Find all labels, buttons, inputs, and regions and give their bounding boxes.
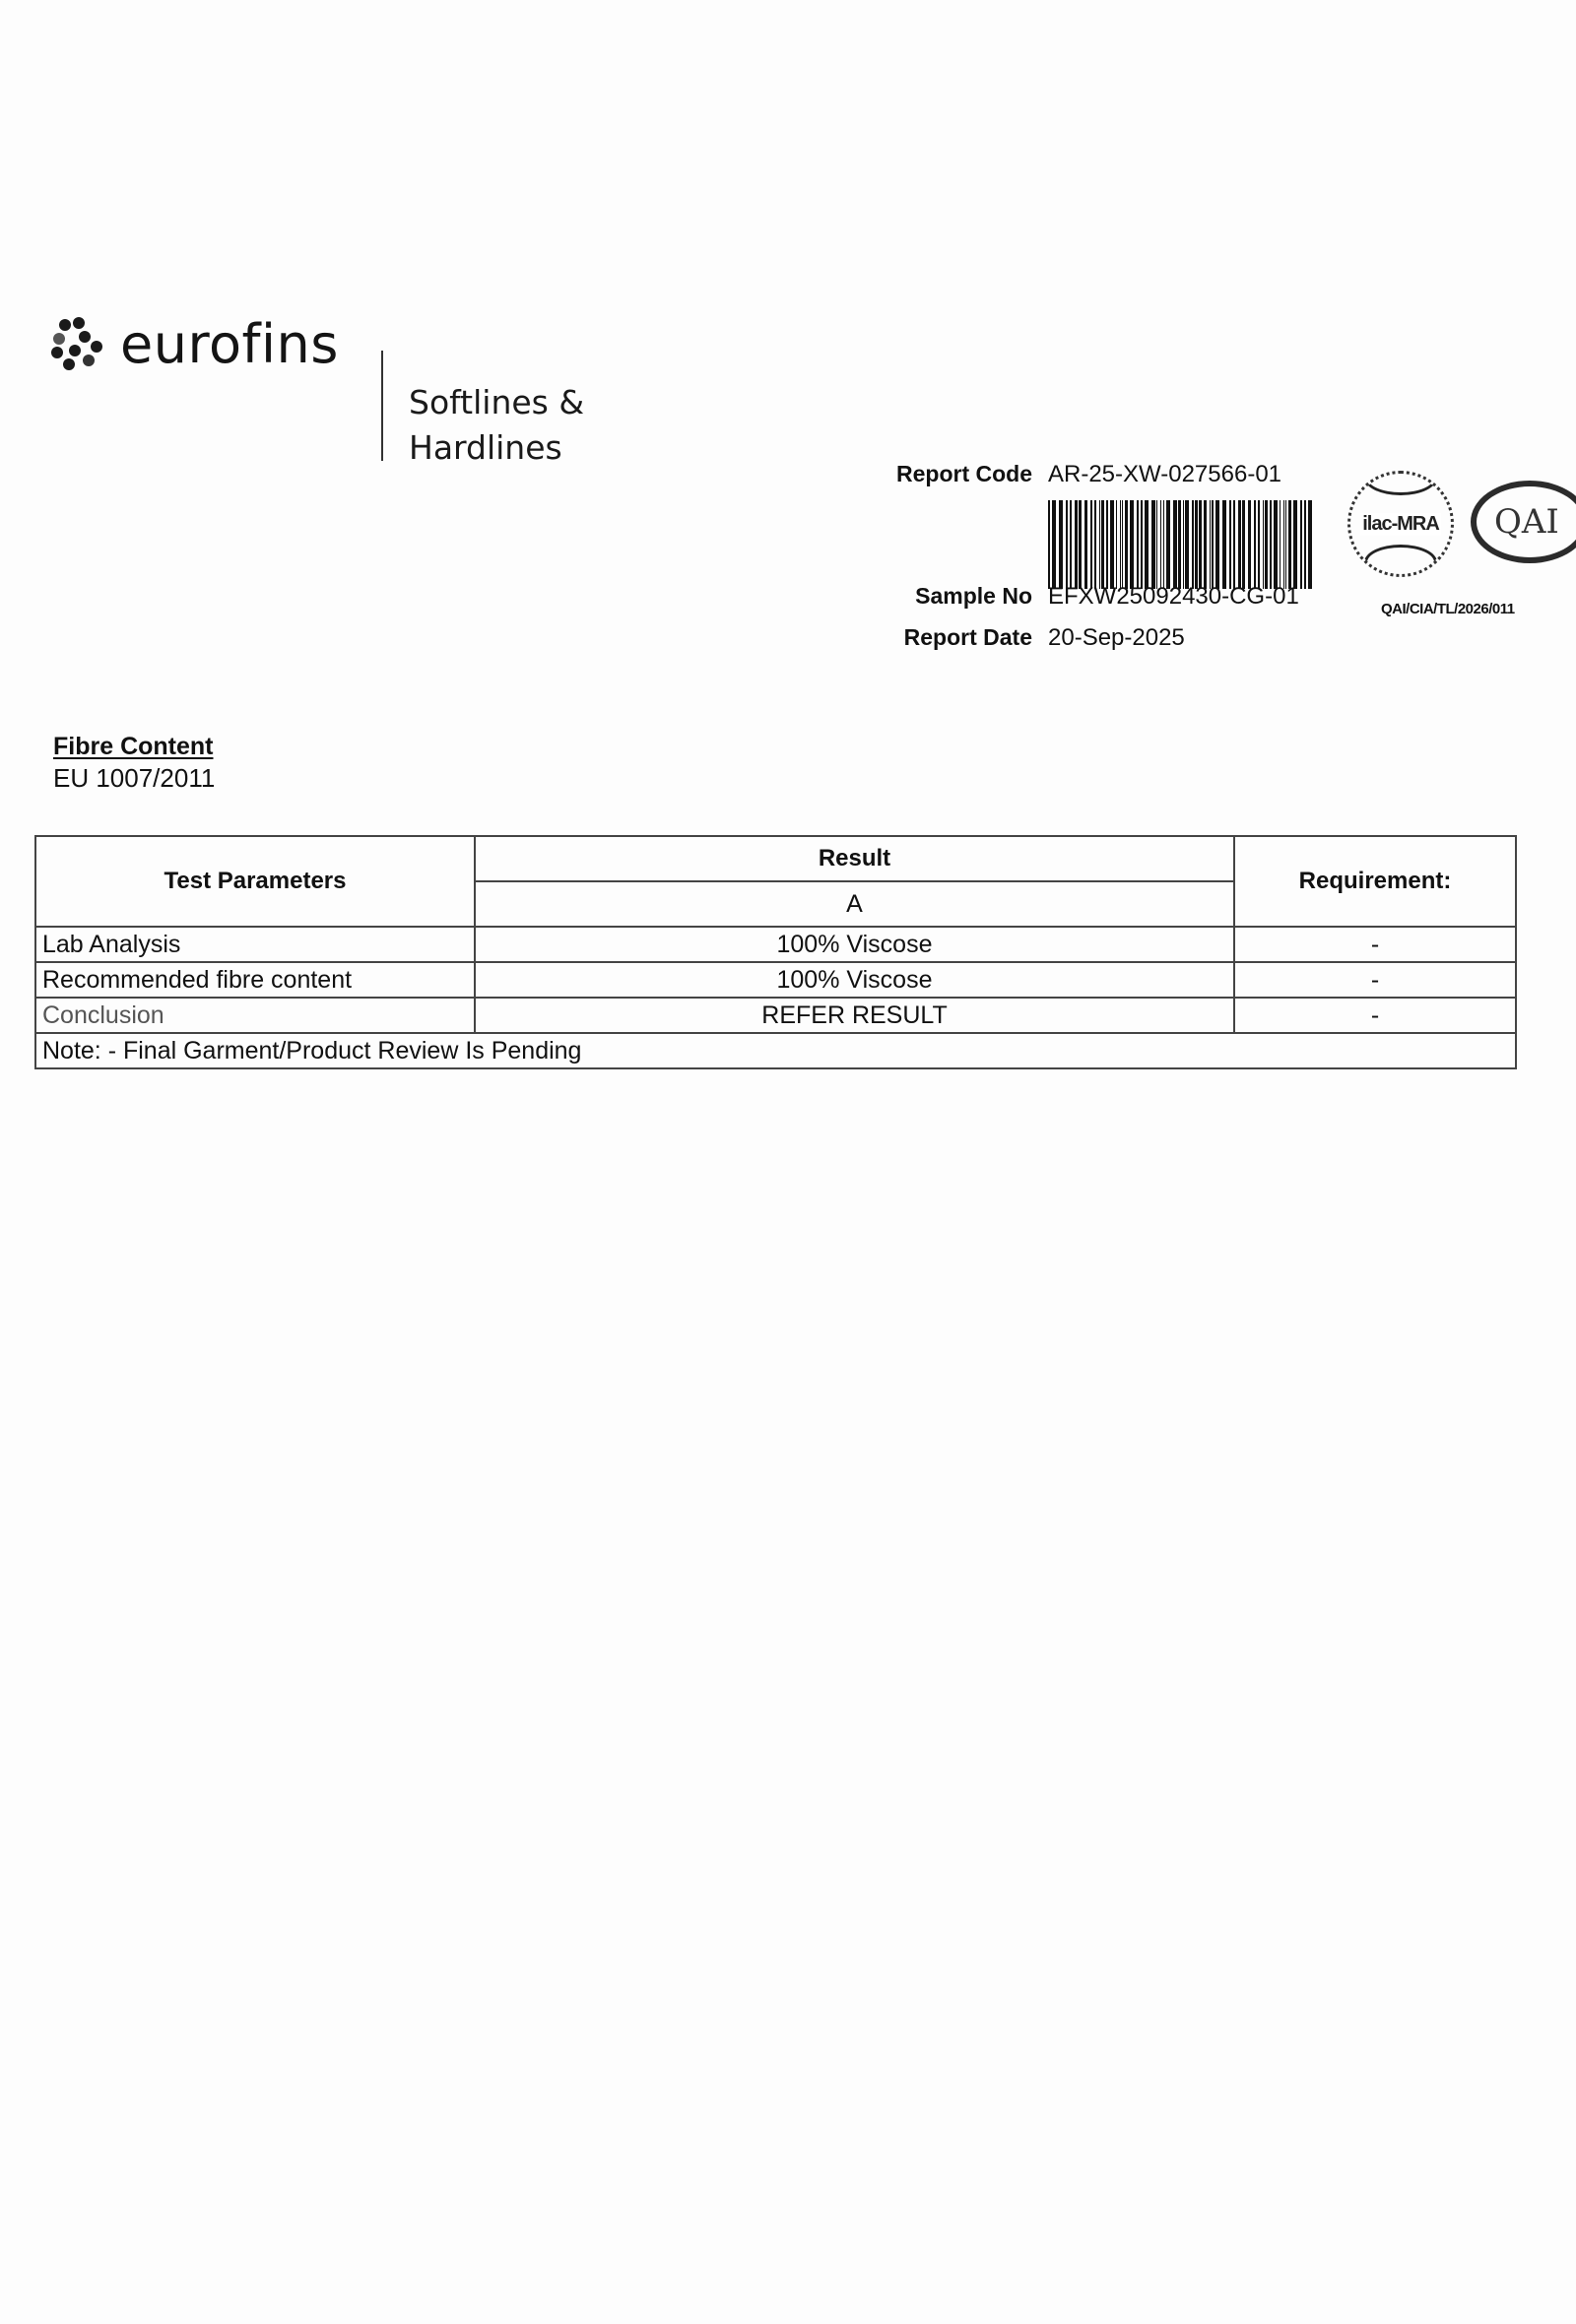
logo-wordmark: eurofins: [120, 313, 339, 375]
report-date-row: Report Date 20-Sep-2025: [867, 624, 1185, 652]
report-date-value: 20-Sep-2025: [1048, 624, 1185, 652]
sample-no-label: Sample No: [867, 583, 1032, 611]
division-line-2: Hardlines: [409, 425, 584, 471]
table-row: Recommended fibre content 100% Viscose -: [35, 962, 1516, 998]
section-title: Fibre Content: [53, 733, 214, 761]
eurofins-dots-icon: [51, 317, 106, 372]
eurofins-logo: eurofins: [51, 313, 339, 375]
row-requirement: -: [1234, 998, 1516, 1033]
row-result: REFER RESULT: [475, 998, 1234, 1033]
ilac-mra-icon: ilac-MRA: [1347, 471, 1454, 577]
qai-text: QAI: [1494, 502, 1559, 542]
header-requirement: Requirement:: [1234, 836, 1516, 927]
row-requirement: -: [1234, 927, 1516, 962]
header-result-sample: A: [475, 881, 1234, 927]
fibre-content-table: Test Parameters Result Requirement: A La…: [34, 835, 1517, 1069]
row-result: 100% Viscose: [475, 927, 1234, 962]
regulation-reference: EU 1007/2011: [53, 763, 215, 794]
header-test-parameters: Test Parameters: [35, 836, 475, 927]
sample-no-value: EFXW25092430-CG-01: [1048, 583, 1299, 611]
table-note: Note: - Final Garment/Product Review Is …: [35, 1033, 1516, 1068]
qai-logo-icon: QAI: [1471, 481, 1576, 563]
table-header-row: Test Parameters Result Requirement:: [35, 836, 1516, 881]
certificate-number: QAI/CIA/TL/2026/011: [1381, 601, 1515, 617]
row-requirement: -: [1234, 962, 1516, 998]
ilac-text: ilac-MRA: [1360, 513, 1441, 536]
row-result: 100% Viscose: [475, 962, 1234, 998]
barcode-icon: [1048, 500, 1326, 589]
row-parameter: Lab Analysis: [35, 927, 475, 962]
division-line-1: Softlines &: [409, 380, 584, 425]
report-code-value: AR-25-XW-027566-01: [1048, 461, 1281, 488]
logo-divider: [381, 351, 383, 461]
report-code-row: Report Code AR-25-XW-027566-01: [867, 461, 1281, 488]
row-parameter: Recommended fibre content: [35, 962, 475, 998]
header-result: Result: [475, 836, 1234, 881]
table-row: Lab Analysis 100% Viscose -: [35, 927, 1516, 962]
report-date-label: Report Date: [867, 624, 1032, 652]
division-name: Softlines & Hardlines: [409, 380, 584, 471]
sample-no-row: Sample No EFXW25092430-CG-01: [867, 583, 1299, 611]
table-row: Conclusion REFER RESULT -: [35, 998, 1516, 1033]
row-parameter: Conclusion: [35, 998, 475, 1033]
table-note-row: Note: - Final Garment/Product Review Is …: [35, 1033, 1516, 1068]
report-code-label: Report Code: [867, 461, 1032, 488]
